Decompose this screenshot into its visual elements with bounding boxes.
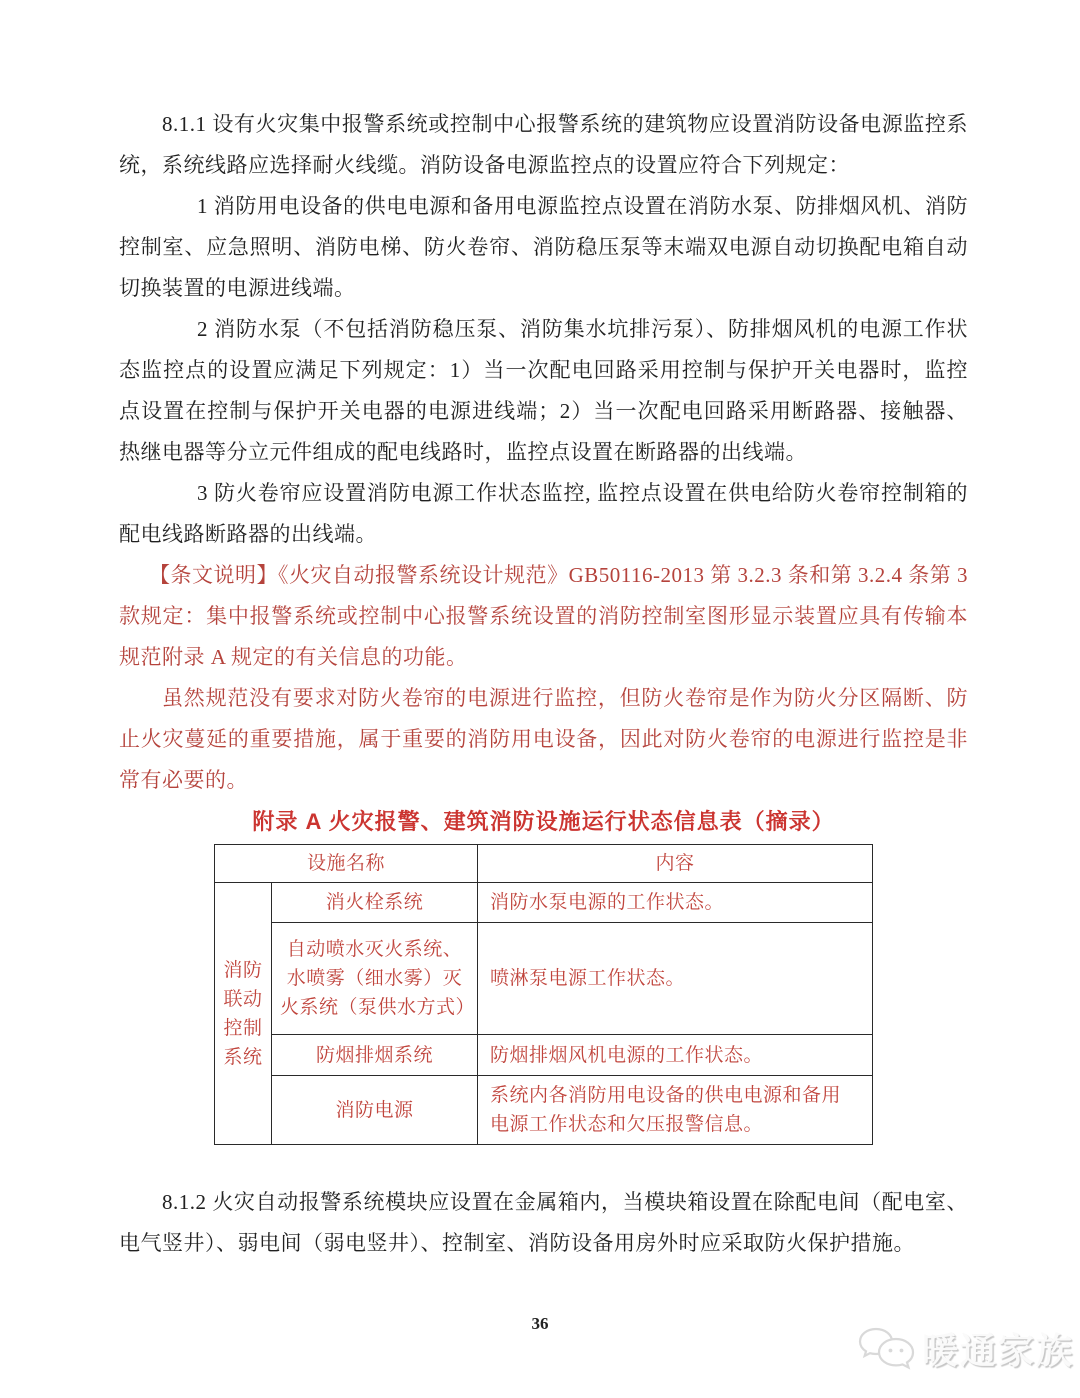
wechat-bubbles-icon: [856, 1325, 918, 1373]
table-header-row: 设施名称 内容: [214, 845, 872, 883]
watermark-text: 暖通家族: [922, 1323, 1074, 1374]
table-cell-name: 消火栓系统: [271, 883, 477, 923]
table-cell-content: 系统内各消防用电设备的供电电源和备用电源工作状态和欠压报警信息。: [478, 1076, 873, 1145]
table-cell-name: 防烟排烟系统: [271, 1035, 477, 1076]
table-cell-content: 防烟排烟风机电源的工作状态。: [478, 1035, 873, 1076]
paragraph-item-3: 3 防火卷帘应设置消防电源工作状态监控, 监控点设置在供电给防火卷帘控制箱的配电…: [119, 473, 968, 555]
paragraph-8-1-1: 8.1.1 设有火灾集中报警系统或控制中心报警系统的建筑物应设置消防设备电源监控…: [119, 104, 968, 186]
appendix-a-table: 设施名称 内容 消防联动控制系统 消火栓系统 消防水泵电源的工作状态。 自动喷水…: [214, 844, 873, 1145]
table-cell-content: 消防水泵电源的工作状态。: [478, 883, 873, 923]
table-row: 消防电源 系统内各消防用电设备的供电电源和备用电源工作状态和欠压报警信息。: [214, 1076, 872, 1145]
table-header-facility: 设施名称: [214, 845, 477, 883]
table-cell-name: 消防电源: [271, 1076, 477, 1145]
paragraph-commentary-2: 虽然规范没有要求对防火卷帘的电源进行监控，但防火卷帘是作为防火分区隔断、防止火灾…: [119, 678, 968, 801]
table-row: 防烟排烟系统 防烟排烟风机电源的工作状态。: [214, 1035, 872, 1076]
paragraph-item-2: 2 消防水泵（不包括消防稳压泵、消防集水坑排污泵）、防排烟风机的电源工作状态监控…: [119, 309, 968, 473]
table-group-label: 消防联动控制系统: [214, 883, 271, 1145]
table-row: 消防联动控制系统 消火栓系统 消防水泵电源的工作状态。: [214, 883, 872, 923]
watermark: 暖通家族: [856, 1323, 1074, 1374]
document-content: 8.1.1 设有火灾集中报警系统或控制中心报警系统的建筑物应设置消防设备电源监控…: [119, 104, 968, 1264]
table-header-content: 内容: [478, 845, 873, 883]
paragraph-8-1-2: 8.1.2 火灾自动报警系统模块应设置在金属箱内，当模块箱设置在除配电间（配电室…: [119, 1182, 968, 1264]
paragraph-item-1: 1 消防用电设备的供电电源和备用电源监控点设置在消防水泵、防排烟风机、消防控制室…: [119, 186, 968, 309]
table-cell-content: 喷淋泵电源工作状态。: [478, 923, 873, 1035]
table-cell-name: 自动喷水灭火系统、水喷雾（细水雾）灭火系统（泵供水方式）: [271, 923, 477, 1035]
paragraph-commentary-1: 【条文说明】《火灾自动报警系统设计规范》GB50116-2013 第 3.2.3…: [119, 555, 968, 678]
appendix-table-title: 附录 A 火灾报警、建筑消防设施运行状态信息表（摘录）: [119, 802, 968, 842]
document-page: { "paragraphs": [ { "text": "8.1.1 设有火灾集…: [0, 0, 1080, 1398]
table-row: 自动喷水灭火系统、水喷雾（细水雾）灭火系统（泵供水方式） 喷淋泵电源工作状态。: [214, 923, 872, 1035]
